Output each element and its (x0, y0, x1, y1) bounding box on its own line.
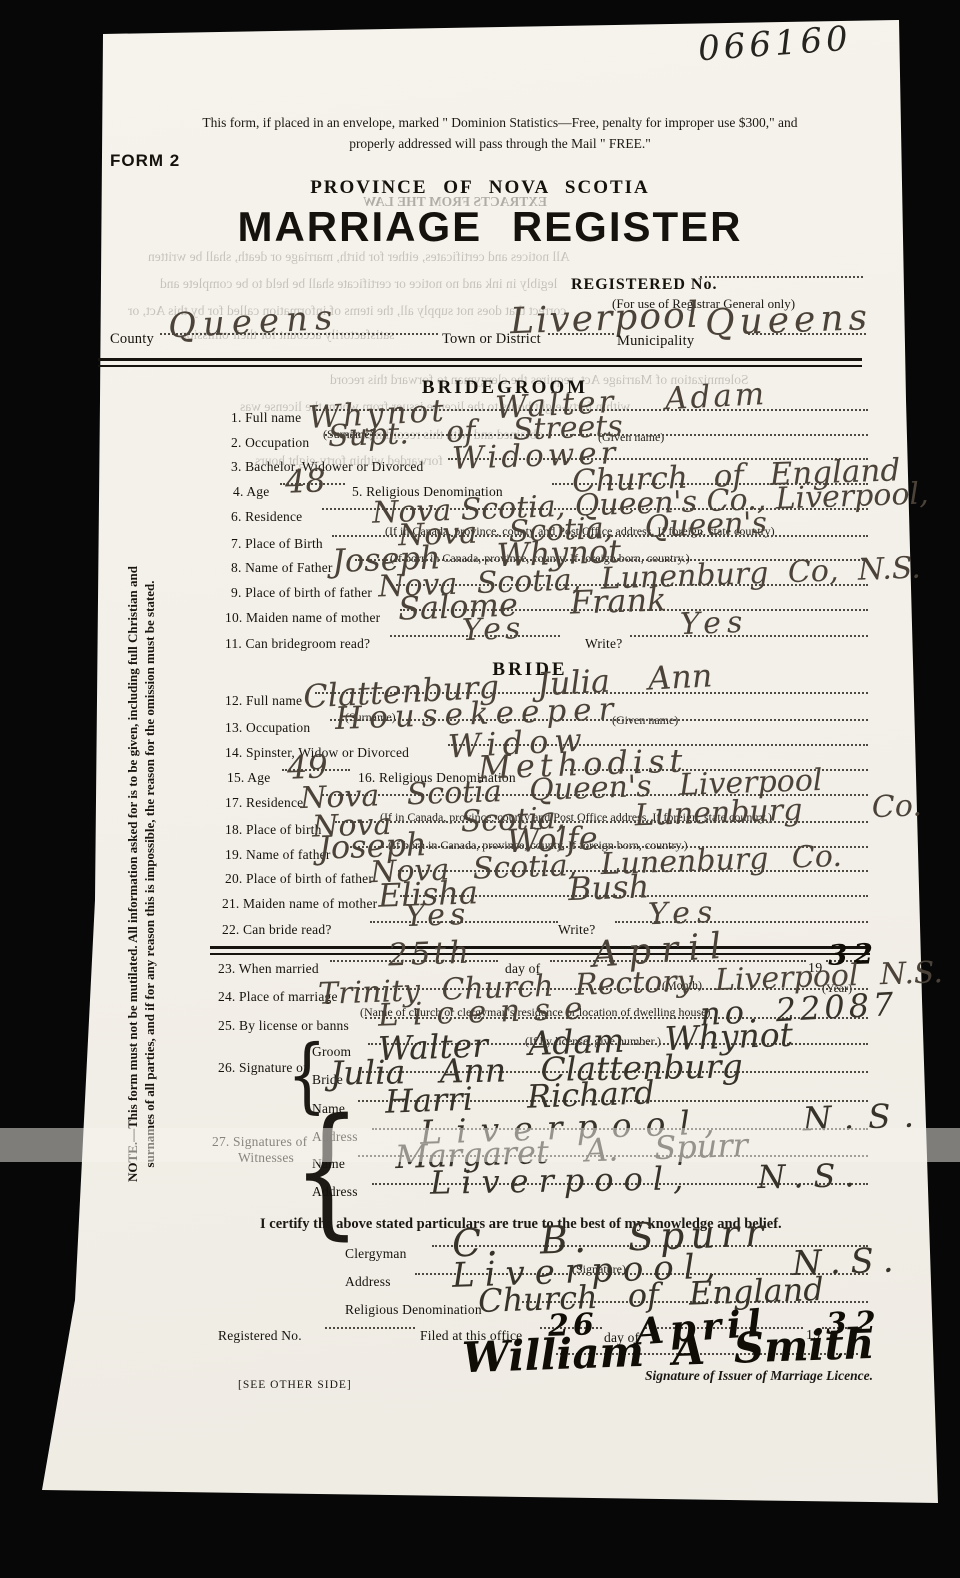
groom-write-line (630, 635, 868, 637)
bride-occupation-label: 13. Occupation (225, 720, 310, 736)
clergy-denomination-label: Religious Denomination (345, 1302, 482, 1318)
bride-read-entry: Yes (404, 897, 471, 934)
registered-no-label: REGISTERED No. (571, 276, 717, 294)
witness2-address-label: Address (312, 1184, 358, 1200)
witness2-address-entry: Liverpool, N.S. (430, 1156, 865, 1202)
license-label: 25. By license or banns (218, 1018, 349, 1034)
when-married-label: 23. When married (218, 961, 319, 977)
bride-birthplace-label: 18. Place of birth (225, 822, 322, 838)
groom-father-birthplace-label: 9. Place of birth of father (231, 585, 372, 601)
bleedthrough-line: All notices and certificates, either for… (148, 249, 570, 265)
bride-mother-label: 21. Maiden name of mother (222, 896, 377, 912)
groom-mother-label: 10. Maiden name of mother (225, 610, 380, 626)
bride-residence-label: 17. Residence (225, 795, 303, 811)
mail-notice-line2: properly addressed will pass through the… (100, 136, 900, 152)
bride-father-label: 19. Name of father (225, 847, 331, 863)
bleedthrough-line: legibly in ink and no notice or certific… (160, 276, 557, 292)
margin-note-line2: surnames of all parties, and if for any … (141, 530, 158, 1218)
form-number-label: FORM 2 (110, 151, 180, 171)
filed-registered-no-line (325, 1327, 415, 1329)
groom-residence-label: 6. Residence (231, 509, 302, 525)
bride-write-label: Write? (558, 922, 595, 938)
bride-read-label: 22. Can bride read? (222, 922, 332, 938)
groom-fullname-label: 1. Full name (231, 410, 301, 426)
groom-read-entry: Yes (461, 611, 525, 648)
county-label: County (110, 331, 154, 348)
section-divider (98, 358, 862, 367)
witnesses-label-2: Witnesses (238, 1150, 294, 1166)
margin-note: NOTE.—This form must not be mutilated. A… (124, 530, 158, 1218)
issuer-signature-caption: Signature of Issuer of Marriage Licence. (645, 1368, 873, 1384)
clergyman-address-label: Address (345, 1274, 391, 1290)
groom-age-label: 4. Age (233, 484, 269, 500)
witness1-address-label: Address (312, 1129, 358, 1145)
margin-note-line1: NOTE.—This form must not be mutilated. A… (124, 530, 141, 1218)
scanned-marriage-register: { "stamp_number": "066160", "notice": { … (0, 0, 960, 1578)
groom-occupation-label: 2. Occupation (231, 435, 309, 451)
groom-age-entry: 48 (284, 461, 326, 500)
groom-father-label: 8. Name of Father (231, 560, 333, 576)
groom-birthplace-label: 7. Place of Birth (231, 536, 323, 552)
municipality-entry: Queens (704, 297, 872, 344)
witness1-name-label: Name (312, 1101, 345, 1117)
section-divider-2 (210, 946, 870, 955)
witness2-name-label: Name (312, 1156, 345, 1172)
bride-fullname-label: 12. Full name (225, 693, 302, 709)
filed-registered-no-label: Registered No. (218, 1328, 302, 1344)
bride-age-label: 15. Age (227, 770, 270, 786)
clergyman-label: Clergyman (345, 1246, 407, 1262)
bride-father-birthplace-label: 20. Place of birth of father (225, 871, 373, 887)
mail-notice-line1: This form, if placed in an envelope, mar… (100, 115, 900, 131)
when-married-day-entry: 25th (387, 935, 472, 974)
municipality-label: Municipality (617, 333, 694, 350)
registered-no-line (700, 276, 863, 278)
see-other-side-note: [SEE OTHER SIDE] (238, 1379, 352, 1391)
groom-read-label: 11. Can bridegroom read? (225, 636, 370, 652)
groom-status-label: 3. Bachelor, Widower or Divorced (231, 459, 424, 475)
document-title: MARRIAGE REGISTER (140, 203, 840, 251)
groom-write-label: Write? (585, 636, 622, 652)
groom-write-entry: Yes (679, 605, 749, 642)
province-heading: PROVINCE OF NOVA SCOTIA (180, 177, 780, 199)
